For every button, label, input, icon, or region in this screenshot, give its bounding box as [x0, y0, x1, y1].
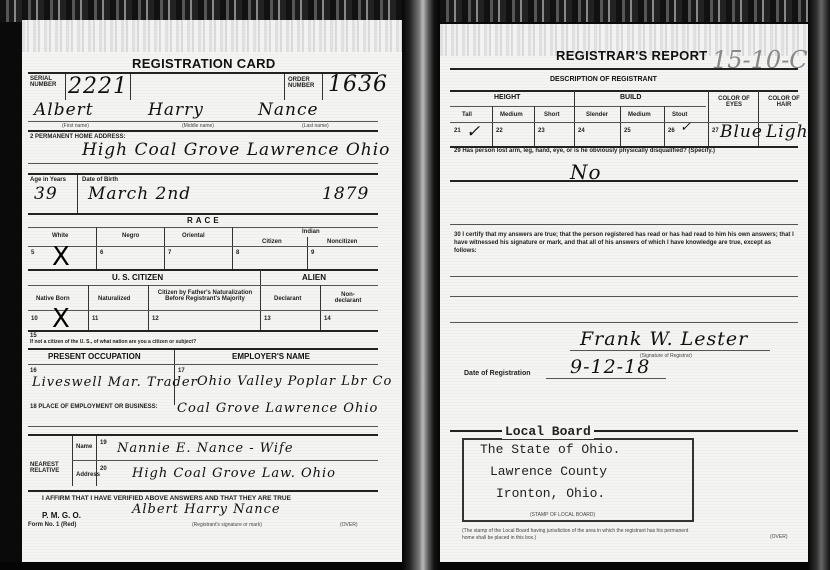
build-col-medium: Medium [628, 112, 651, 118]
occupation-value: Liveswell Mar. Trader [32, 375, 198, 390]
field-number: 14 [324, 316, 331, 322]
relative-name-value: Nannie E. Nance - Wife [117, 441, 294, 456]
rule [322, 74, 323, 100]
field-number: 11 [92, 316, 98, 322]
field-number: 8 [236, 250, 239, 256]
birth-month-day: March 2nd [88, 184, 191, 204]
race-col-negro: Negro [122, 233, 139, 239]
rule [72, 436, 73, 486]
race-col-indian: Indian [302, 229, 320, 235]
rule [96, 227, 97, 269]
stamp-line-3: Ironton, Ohio. [496, 486, 605, 501]
place-of-employment-label: 18 PLACE OF EMPLOYMENT OR BUSINESS: [30, 404, 158, 410]
rule [148, 285, 149, 330]
rule [28, 246, 378, 247]
stamp-line-2: Lawrence County [490, 464, 607, 479]
rule [232, 227, 233, 269]
rule [28, 348, 378, 350]
rule [664, 106, 665, 146]
hair-header: COLOR OF HAIR [764, 96, 804, 109]
alien-col-nondeclarant: Non-declarant [328, 292, 368, 305]
citizen-col-naturalized: Naturalized [98, 296, 130, 302]
rule [164, 227, 165, 269]
field-number: 5 [31, 250, 34, 256]
field-number: 22 [496, 128, 503, 134]
over-caption: (OVER) [770, 534, 788, 540]
field-number: 19 [100, 440, 107, 446]
field-number: 26 [668, 128, 675, 134]
field-number: 23 [538, 128, 545, 134]
field-number: 27 [712, 128, 719, 134]
eye-color: Blue [720, 122, 763, 142]
rule [72, 460, 378, 461]
field-number: 9 [311, 250, 314, 256]
rule [28, 173, 378, 175]
employer-header: EMPLOYER'S NAME [232, 352, 310, 361]
rule [620, 106, 621, 146]
race-col-citizen: Citizen [262, 239, 282, 245]
field-number: 24 [578, 128, 585, 134]
registrant-signature: Albert Harry Nance [132, 502, 281, 517]
q29-label: 29 Has person lost arm, leg, hand, eye, … [454, 148, 794, 156]
rule [307, 237, 308, 269]
registrars-report: REGISTRAR'S REPORT 15-10-C DESCRIPTION O… [440, 24, 808, 562]
field-number: 16 [30, 368, 37, 374]
alien-header: ALIEN [302, 273, 326, 282]
scan-divider [402, 0, 440, 570]
age-value: 39 [34, 184, 58, 204]
rule [260, 270, 261, 330]
first-name: Albert [34, 100, 94, 120]
rule [546, 378, 666, 379]
last-name-caption: (Last name) [302, 123, 329, 129]
rule [28, 269, 378, 271]
rule [28, 227, 378, 228]
form-id-line2: Form No. 1 (Red) [28, 522, 76, 528]
race-col-white: White [52, 233, 68, 239]
serial-number: 2221 [68, 74, 128, 99]
header-noise [22, 20, 402, 52]
field-number: 7 [168, 250, 171, 256]
rule [570, 350, 770, 351]
description-header: DESCRIPTION OF REGISTRANT [550, 76, 657, 83]
race-header: RACE [187, 216, 222, 225]
q15-label: If not a citizen of the U. S., of what n… [30, 340, 196, 345]
rule [28, 163, 378, 164]
rule [320, 285, 321, 330]
over-caption: (OVER) [340, 522, 358, 528]
rule [28, 130, 378, 132]
local-board-header: Local Board [502, 424, 594, 439]
q30-certification: 30 I certify that my answers are true; t… [454, 232, 794, 255]
field-number: 21 [454, 128, 461, 134]
birth-year: 1879 [322, 184, 369, 204]
build-col-slender: Slender [586, 112, 608, 118]
rule [450, 180, 798, 182]
field-number: 25 [624, 128, 631, 134]
relative-address-value: High Coal Grove Law. Ohio [132, 466, 336, 481]
rule [28, 364, 378, 365]
middle-name: Harry [148, 100, 204, 120]
place-of-employment-value: Coal Grove Lawrence Ohio [177, 401, 378, 416]
serial-label: SERIAL NUMBER [30, 76, 62, 89]
stamp-line-1: The State of Ohio. [480, 442, 620, 457]
form-id-line1: P. M. G. O. [42, 511, 81, 520]
rule [450, 90, 798, 92]
rule [28, 434, 378, 436]
middle-name-caption: (Middle name) [182, 123, 214, 129]
rule [28, 490, 378, 492]
height-col-medium: Medium [500, 112, 523, 118]
rule [28, 213, 378, 215]
registration-date: 9-12-18 [570, 356, 650, 378]
registrar-signature: Frank W. Lester [580, 328, 748, 350]
age-label: Age in Years [30, 177, 66, 183]
field-number: 13 [264, 316, 271, 322]
registration-date-label: Date of Registration [464, 370, 531, 377]
field-number: 12 [152, 316, 159, 322]
rule [574, 90, 575, 146]
last-name: Nance [258, 100, 319, 120]
rule [28, 121, 378, 122]
rule [450, 276, 798, 277]
stamp-caption: (STAMP OF LOCAL BOARD) [530, 512, 595, 518]
registration-card-front: REGISTRATION CARD SERIAL NUMBER 2221 ORD… [22, 20, 402, 562]
rule [28, 310, 378, 311]
rule [28, 330, 378, 332]
rule [28, 285, 378, 286]
relative-name-label: Name [76, 444, 92, 450]
rule [450, 322, 798, 323]
order-label: ORDER NUMBER [288, 77, 320, 90]
birth-label: Date of Birth [82, 177, 118, 183]
race-white-mark: X [52, 242, 70, 272]
home-address: High Coal Grove Lawrence Ohio [82, 140, 390, 160]
height-header: HEIGHT [494, 94, 520, 101]
rule [534, 106, 535, 146]
field-number: 6 [100, 250, 103, 256]
rule [88, 285, 89, 330]
height-col-tall: Tall [462, 112, 472, 118]
us-citizen-header: U. S. CITIZEN [112, 273, 163, 282]
card-title: REGISTRATION CARD [132, 56, 276, 71]
rule [65, 74, 66, 100]
build-stout-check: ✓ [680, 120, 692, 135]
citizen-col-by-father: Citizen by Father's Naturalization Befor… [154, 290, 256, 303]
nearest-relative-label: NEAREST RELATIVE [30, 462, 68, 475]
race-col-oriental: Oriental [182, 233, 205, 239]
eyes-header: COLOR OF EYES [714, 96, 754, 109]
rule [450, 106, 706, 107]
rule [450, 224, 798, 225]
report-title: REGISTRAR'S REPORT [556, 48, 708, 63]
race-col-noncitizen: Noncitizen [327, 239, 357, 245]
first-name-caption: (First name) [62, 123, 89, 129]
rule [130, 74, 131, 100]
rule [492, 106, 493, 146]
order-number: 1636 [328, 72, 388, 97]
height-col-short: Short [544, 112, 560, 118]
rule [284, 74, 285, 100]
field-number: 10 [31, 316, 38, 322]
rule [450, 296, 798, 297]
citizen-col-native: Native Born [36, 296, 70, 302]
field-number: 20 [100, 466, 107, 472]
rule [28, 426, 378, 427]
rule [77, 175, 78, 213]
height-tall-check: ✓ [466, 122, 481, 142]
rule [708, 90, 709, 146]
occupation-header: PRESENT OCCUPATION [48, 352, 141, 361]
rule [96, 436, 97, 486]
rule [450, 68, 798, 70]
hair-color: Light [766, 122, 808, 142]
build-col-stout: Stout [672, 112, 687, 118]
field-number: 17 [178, 368, 185, 374]
stamp-note: (The stamp of the Local Board having jur… [462, 528, 702, 541]
alien-col-declarant: Declarant [274, 296, 301, 302]
signature-caption: (Registrant's signature or mark) [192, 522, 262, 528]
build-header: BUILD [620, 94, 641, 101]
employer-value: Ohio Valley Poplar Lbr Co [197, 374, 392, 389]
scan-right-edge [808, 0, 830, 570]
